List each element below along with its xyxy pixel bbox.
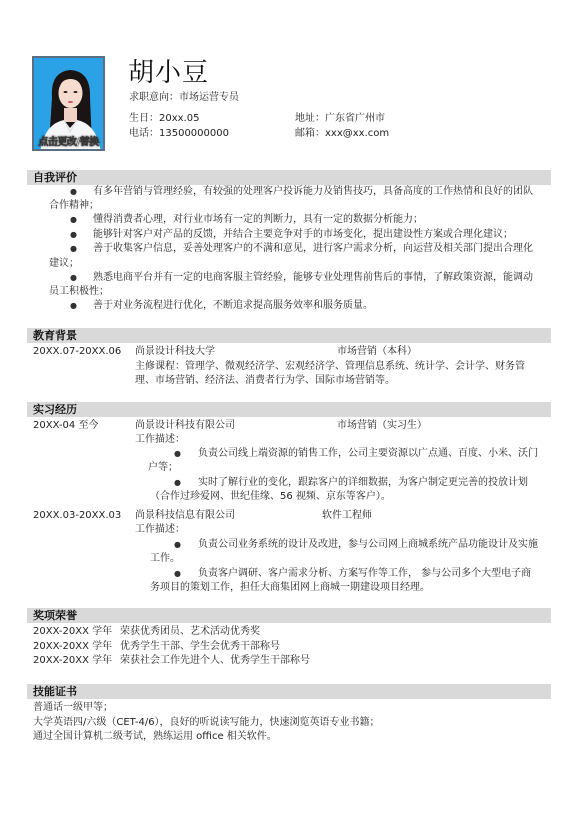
- skill-item: 通过全国计算机二级考试，熟练运用 office 相关软件。: [33, 730, 277, 743]
- award-year: 20XX-20XX 学年: [33, 654, 112, 667]
- self-eval-item: 善于对业务流程进行优化，不断追求提高服务效率和服务质量。: [93, 299, 373, 312]
- job-bullet: 负责公司业务系统的设计及改进，参与公司网上商城系统产品功能设计及实施: [198, 538, 538, 551]
- bullet-icon: ●: [70, 271, 77, 284]
- email: 邮箱：xxx@xx.com: [295, 127, 389, 140]
- job-bullet: 负责公司线上端资源的销售工作，公司主要资源以广点通、百度、小米、沃门: [198, 447, 538, 460]
- bullet-icon: ●: [70, 228, 77, 241]
- job-company: 尚景科技信息有限公司: [135, 509, 235, 522]
- education-date: 20XX.07-20XX.06: [33, 345, 121, 358]
- birthday: 生日：20xx.05: [129, 112, 199, 125]
- change-photo-label[interactable]: 点击更改/替换: [34, 133, 103, 148]
- section-bar-self-evaluation: [27, 170, 551, 185]
- section-title-skills: 技能证书: [33, 684, 77, 699]
- bullet-icon: ●: [174, 567, 181, 580]
- skill-item: 普通话一级甲等；: [33, 701, 113, 714]
- section-bar-awards: [27, 608, 551, 623]
- job-bullet: 负责客户调研、客户需求分析、方案写作等工作， 参与公司多个大型电子商: [198, 567, 531, 580]
- job-desc-label: 工作描述：: [135, 433, 185, 446]
- job-company: 尚景设计科技有限公司: [135, 419, 235, 432]
- section-title-awards: 奖项荣誉: [33, 608, 77, 623]
- job-desc-label: 工作描述：: [135, 523, 185, 536]
- award-text: 荣获优秀团员、艺术活动优秀奖: [120, 625, 260, 638]
- award-text: 荣获社会工作先进个人、优秀学生干部称号: [120, 654, 310, 667]
- job-bullet-cont: 工作。: [150, 552, 180, 565]
- self-eval-item-cont: 员工积极性；: [49, 285, 109, 298]
- section-bar-skills: [27, 684, 551, 699]
- bullet-icon: ●: [70, 213, 77, 226]
- job-date: 20XX.03-20XX.03: [33, 509, 121, 522]
- self-eval-item: 能够针对客户对产品的反馈，并结合主要竞争对手的市场变化，提出建设性方案或合理化建…: [93, 228, 513, 241]
- candidate-name: 胡小豆: [128, 57, 209, 89]
- self-eval-item: 熟悉电商平台并有一定的电商客服主管经验，能够专业处理售前售后的事情，了解政策资源…: [93, 271, 533, 284]
- education-courses-cont: 理、市场营销、经济法、消费者行为学、国际市场营销等。: [135, 374, 395, 387]
- skill-item: 大学英语四/六级（CET-4/6），良好的听说读写能力，快速浏览英语专业书籍；: [33, 716, 380, 729]
- self-eval-item: 懂得消费者心理，对行业市场有一定的判断力，具有一定的数据分析能力；: [93, 213, 423, 226]
- bullet-icon: ●: [70, 185, 77, 198]
- address: 地址：广东省广州市: [295, 112, 385, 125]
- bullet-icon: ●: [70, 299, 77, 312]
- job-bullet-cont: 务项目的策划工作，担任大商集团网上商城一期建设项目经理。: [150, 581, 430, 594]
- job-bullet-cont: （合作过珍爱网、世纪佳缘、56 视频、京东等客户）。: [150, 490, 391, 503]
- phone: 电话：13500000000: [129, 127, 229, 140]
- section-title-self-evaluation: 自我评价: [33, 170, 77, 185]
- job-position: 软件工程师: [322, 509, 372, 522]
- education-school: 尚景设计科技大学: [135, 345, 215, 358]
- award-year: 20XX-20XX 学年: [33, 625, 112, 638]
- section-title-education: 教育背景: [33, 328, 77, 343]
- profile-photo[interactable]: 点击更改/替换: [32, 56, 105, 151]
- self-eval-item: 善于收集客户信息，妥善处理客户的不满和意见，进行客户需求分析，向运营及相关部门提…: [93, 242, 533, 255]
- job-intent: 求职意向：市场运营专员: [129, 91, 239, 104]
- job-position: 市场营销（实习生）: [337, 419, 427, 432]
- self-eval-item: 有多年营销与管理经验，有较强的处理客户投诉能力及销售技巧，具备高度的工作热情和良…: [93, 185, 533, 198]
- education-major: 市场营销（本科）: [337, 345, 417, 358]
- section-bar-internship: [27, 402, 551, 417]
- job-date: 20XX-04 至今: [33, 419, 98, 432]
- section-title-internship: 实习经历: [33, 402, 77, 417]
- education-courses: 主修课程：管理学、微观经济学、宏观经济学、管理信息系统、统计学、会计学、财务管: [135, 360, 525, 373]
- job-bullet: 实时了解行业的变化，跟踪客户的详细数据，为客户制定更完善的投放计划: [198, 476, 528, 489]
- self-eval-item-cont: 合作精神；: [49, 199, 99, 212]
- section-bar-education: [27, 328, 551, 343]
- award-year: 20XX-20XX 学年: [33, 640, 112, 653]
- bullet-icon: ●: [174, 538, 181, 551]
- award-text: 优秀学生干部、学生会优秀干部称号: [120, 640, 280, 653]
- bullet-icon: ●: [70, 242, 77, 255]
- self-eval-item-cont: 建议；: [49, 257, 79, 270]
- bullet-icon: ●: [174, 476, 181, 489]
- job-bullet-cont: 户等；: [148, 461, 178, 474]
- bullet-icon: ●: [174, 447, 181, 460]
